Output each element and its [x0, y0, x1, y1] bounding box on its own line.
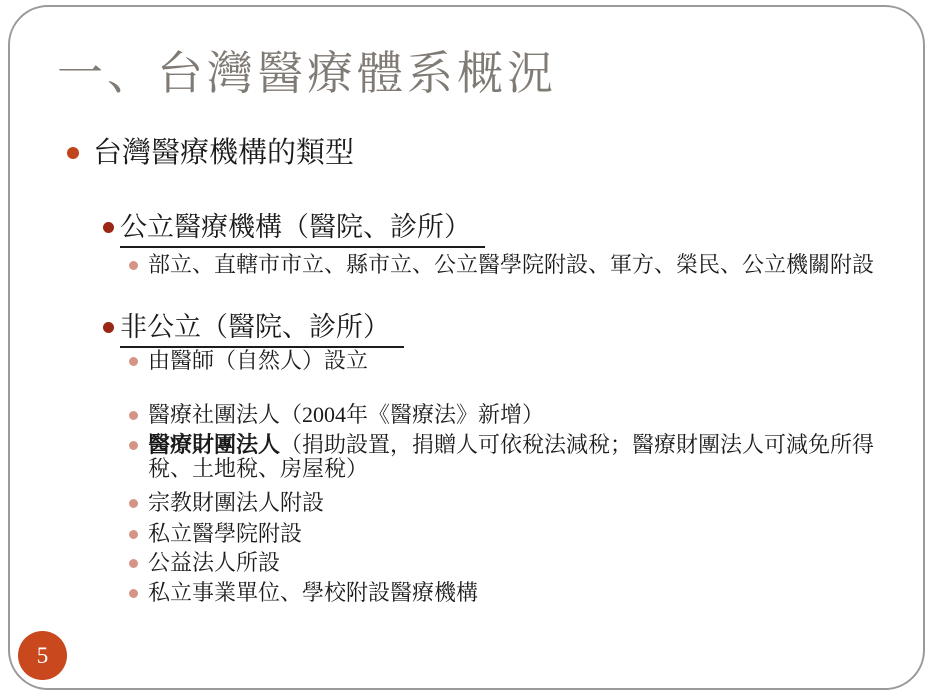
list-item-text: 宗教財團法人附設 — [148, 490, 324, 515]
bullet-icon — [103, 322, 114, 333]
list-item: 公立醫療機構（醫院、診所） — [103, 209, 890, 248]
list-item-text: 私立醫學院附設 — [148, 521, 302, 546]
bullet-icon — [67, 147, 79, 159]
page-title: 一、台灣醫療體系概況 — [57, 44, 557, 104]
list-item-text: 非公立（醫院、診所） — [120, 309, 404, 348]
bullet-icon — [103, 222, 114, 233]
list-item: 私立醫學院附設 — [127, 522, 890, 546]
list-item-text: 台灣醫療機構的類型 — [93, 137, 354, 169]
bullet-icon — [129, 357, 138, 366]
list-item: 宗教財團法人附設 — [127, 491, 890, 515]
page-number-badge: 5 — [18, 631, 67, 680]
bullet-icon — [129, 411, 138, 420]
bullet-icon — [129, 530, 138, 539]
page-number: 5 — [37, 643, 49, 669]
bullet-icon — [129, 261, 138, 270]
list-item-text: 部立、直轄市市立、縣市立、公立醫學院附設、軍方、榮民、公立機關附設 — [148, 252, 874, 277]
list-item: 由醫師（自然人）設立 — [127, 349, 890, 373]
list-item: 醫療社團法人（2004年《醫療法》新增） — [127, 403, 890, 427]
bullet-list: 台灣醫療機構的類型 公立醫療機構（醫院、診所） 部立、直轄市市立、縣市立、公立醫… — [60, 133, 890, 605]
list-item: 公益法人所設 — [127, 551, 890, 575]
list-item: 台灣醫療機構的類型 — [60, 133, 890, 173]
bullet-icon — [129, 499, 138, 508]
list-item: 部立、直轄市市立、縣市立、公立醫學院附設、軍方、榮民、公立機關附設 — [127, 253, 890, 277]
list-item-text: 私立事業單位、學校附設醫療機構 — [148, 580, 478, 605]
list-item: 非公立（醫院、診所） — [103, 309, 890, 348]
list-item: 醫療財團法人（捐助設置，捐贈人可依稅法減稅；醫療財團法人可減免所得稅、土地稅、房… — [127, 433, 890, 481]
list-item-text: 公益法人所設 — [148, 550, 280, 575]
bullet-icon — [129, 441, 138, 450]
bullet-icon — [129, 559, 138, 568]
list-item: 私立事業單位、學校附設醫療機構 — [127, 581, 890, 605]
bullet-icon — [129, 589, 138, 598]
list-item-text: 公立醫療機構（醫院、診所） — [120, 209, 485, 248]
list-item-text-bold: 醫療財團法人 — [148, 432, 280, 457]
list-item-text: 醫療社團法人（2004年《醫療法》新增） — [148, 402, 544, 427]
list-item-text: 由醫師（自然人）設立 — [148, 348, 368, 373]
